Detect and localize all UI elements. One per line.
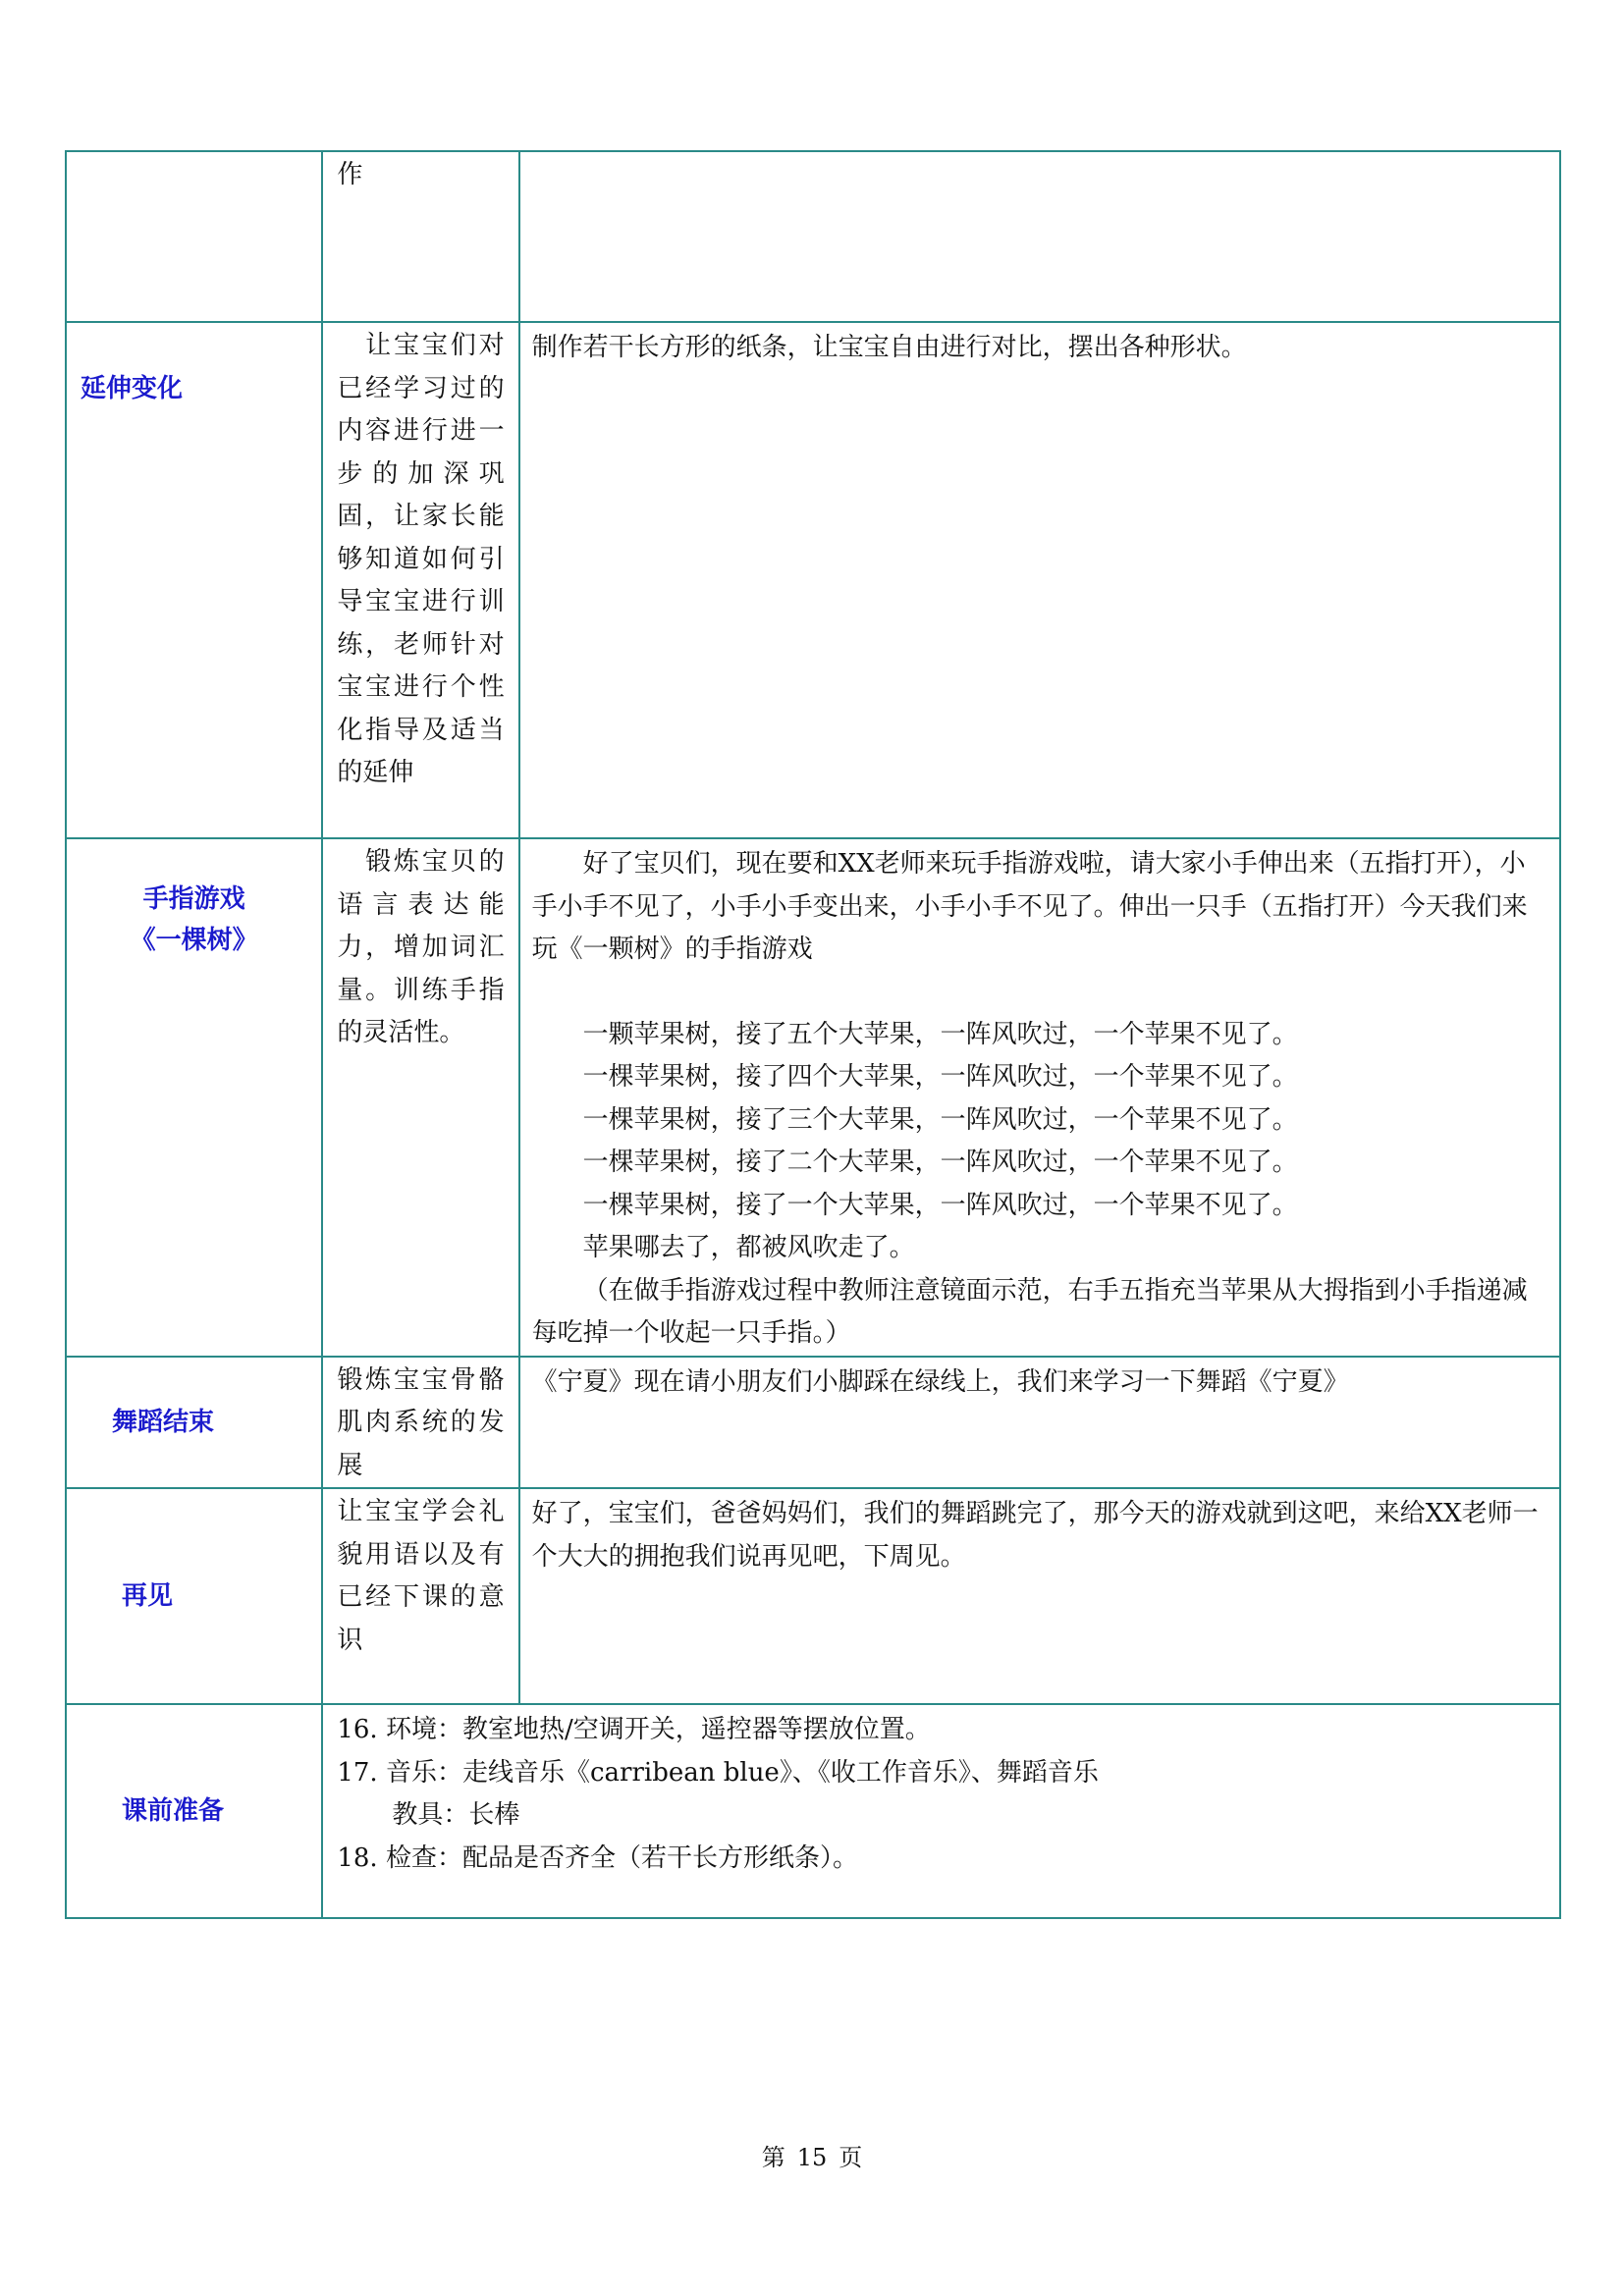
poem-line: 苹果哪去了，都被风吹走了。 xyxy=(532,1227,1547,1270)
table-row-dance-end: 舞蹈结束 锻炼宝宝骨骼肌肉系统的发展 《宁夏》现在请小朋友们小脚踩在绿线上，我们… xyxy=(66,1357,1560,1489)
content-text: 《宁夏》现在请小朋友们小脚踩在绿线上，我们来学习一下舞蹈《宁夏》 xyxy=(520,1358,1559,1405)
prep-item-text: 检查：配品是否齐全（若干长方形纸条）。 xyxy=(386,1843,858,1873)
row-label-cell: 舞蹈结束 xyxy=(66,1357,322,1489)
goal-text: 锻炼宝贝的语言表达能力，增加词汇量。训练手指的灵活性。 xyxy=(323,839,517,1055)
row-label-cell: 延伸变化 xyxy=(66,322,322,838)
page-footer: 第15页 xyxy=(0,2138,1624,2172)
content-text: 好了，宝宝们，爸爸妈妈们，我们的舞蹈跳完了，那今天的游戏就到这吧，来给XX老师一… xyxy=(520,1489,1559,1578)
row-label-cell: 课前准备 xyxy=(66,1704,322,1918)
page-number: 15 xyxy=(797,2144,828,2171)
row-label-line-1: 手指游戏 xyxy=(81,879,307,920)
poem-line: 一棵苹果树，接了四个大苹果，一阵风吹过，一个苹果不见了。 xyxy=(532,1056,1547,1099)
prep-item-text: 教具：长棒 xyxy=(392,1800,519,1830)
table-row-continuation: 作 xyxy=(66,151,1560,322)
row-label-cell: 手指游戏 《一棵树》 xyxy=(66,838,322,1357)
row-content-cell: 好了，宝宝们，爸爸妈妈们，我们的舞蹈跳完了，那今天的游戏就到这吧，来给XX老师一… xyxy=(519,1488,1560,1704)
poem-line: 一棵苹果树，接了一个大苹果，一阵风吹过，一个苹果不见了。 xyxy=(532,1185,1547,1228)
goal-text: 让宝宝学会礼貌用语以及有已经下课的意识 xyxy=(323,1489,517,1662)
row-label: 再见 xyxy=(122,1575,307,1617)
poem-line: 一棵苹果树，接了三个大苹果，一阵风吹过，一个苹果不见了。 xyxy=(532,1099,1547,1143)
row-label-cell xyxy=(66,151,322,322)
prep-item: 16. 环境：教室地热/空调开关，遥控器等摆放位置。 xyxy=(337,1709,1547,1752)
row-label: 舞蹈结束 xyxy=(112,1402,307,1443)
page-suffix: 页 xyxy=(839,2144,862,2171)
prep-item-sub: 教具：长棒 xyxy=(337,1794,1547,1838)
content-text: 制作若干长方形的纸条，让宝宝自由进行对比，摆出各种形状。 xyxy=(520,323,1559,370)
prep-item-number: 16. xyxy=(337,1715,377,1744)
prep-item-number: 18. xyxy=(337,1843,377,1873)
table-row-goodbye: 再见 让宝宝学会礼貌用语以及有已经下课的意识 好了，宝宝们，爸爸妈妈们，我们的舞… xyxy=(66,1488,1560,1704)
prep-item-text: 环境：教室地热/空调开关，遥控器等摆放位置。 xyxy=(386,1715,931,1744)
row-goal-cell: 锻炼宝贝的语言表达能力，增加词汇量。训练手指的灵活性。 xyxy=(322,838,518,1357)
prep-item-text: 音乐：走线音乐《carribean blue》、《收工作音乐》、舞蹈音乐 xyxy=(386,1758,1099,1788)
content-text xyxy=(520,152,1559,156)
row-goal-cell: 让宝宝们对已经学习过的内容进行进一步的加深巩固，让家长能够知道如何引导宝宝进行训… xyxy=(322,322,518,838)
row-content-cell: 制作若干长方形的纸条，让宝宝自由进行对比，摆出各种形状。 xyxy=(519,322,1560,838)
table-row-preparation: 课前准备 16. 环境：教室地热/空调开关，遥控器等摆放位置。 17. 音乐：走… xyxy=(66,1704,1560,1918)
game-intro-text: 好了宝贝们，现在要和XX老师来玩手指游戏啦，请大家小手伸出来（五指打开），小手小… xyxy=(532,843,1547,972)
row-content-cell: 《宁夏》现在请小朋友们小脚踩在绿线上，我们来学习一下舞蹈《宁夏》 xyxy=(519,1357,1560,1489)
row-content-cell xyxy=(519,151,1560,322)
prep-content-cell: 16. 环境：教室地热/空调开关，遥控器等摆放位置。 17. 音乐：走线音乐《c… xyxy=(322,1704,1560,1918)
table-row-finger-game: 手指游戏 《一棵树》 锻炼宝贝的语言表达能力，增加词汇量。训练手指的灵活性。 好… xyxy=(66,838,1560,1357)
prep-item: 17. 音乐：走线音乐《carribean blue》、《收工作音乐》、舞蹈音乐 xyxy=(337,1752,1547,1795)
goal-text: 让宝宝们对已经学习过的内容进行进一步的加深巩固，让家长能够知道如何引导宝宝进行训… xyxy=(323,323,517,795)
page-prefix: 第 xyxy=(762,2144,785,2171)
row-goal-cell: 作 xyxy=(322,151,518,322)
row-label-line-2: 《一棵树》 xyxy=(81,920,307,961)
goal-text: 作 xyxy=(323,152,517,197)
spacer xyxy=(532,972,1547,1014)
prep-item: 18. 检查：配品是否齐全（若干长方形纸条）。 xyxy=(337,1838,1547,1881)
poem-line: 一颗苹果树，接了五个大苹果，一阵风吹过，一个苹果不见了。 xyxy=(532,1014,1547,1057)
row-label-cell: 再见 xyxy=(66,1488,322,1704)
poem-line: 一棵苹果树，接了二个大苹果，一阵风吹过，一个苹果不见了。 xyxy=(532,1142,1547,1185)
row-label: 课前准备 xyxy=(122,1790,307,1832)
teacher-note: （在做手指游戏过程中教师注意镜面示范，右手五指充当苹果从大拇指到小手指递减每吃掉… xyxy=(532,1270,1547,1356)
row-goal-cell: 锻炼宝宝骨骼肌肉系统的发展 xyxy=(322,1357,518,1489)
row-goal-cell: 让宝宝学会礼貌用语以及有已经下课的意识 xyxy=(322,1488,518,1704)
goal-text: 锻炼宝宝骨骼肌肉系统的发展 xyxy=(323,1358,517,1488)
row-label: 延伸变化 xyxy=(81,368,307,409)
row-content-cell: 好了宝贝们，现在要和XX老师来玩手指游戏啦，请大家小手伸出来（五指打开），小手小… xyxy=(519,838,1560,1357)
prep-item-number: 17. xyxy=(337,1758,377,1788)
lesson-plan-table: 作 延伸变化 让宝宝们对已经学习过的内容进行进一步的加深巩固，让家长能够知道如何… xyxy=(65,150,1561,1919)
table-row-extension: 延伸变化 让宝宝们对已经学习过的内容进行进一步的加深巩固，让家长能够知道如何引导… xyxy=(66,322,1560,838)
